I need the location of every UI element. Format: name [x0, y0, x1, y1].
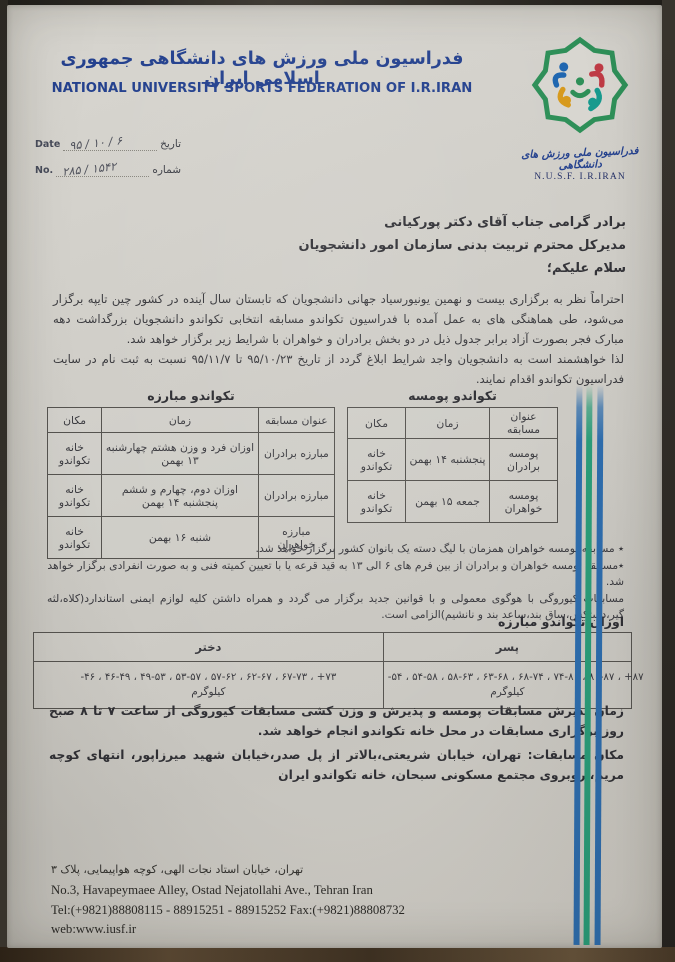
venue-paragraph: مکان مسابقات: تهران، خیابان شریعتی،بالات… — [49, 746, 624, 785]
table-header-row: عنوان مسابقه زمان مکان — [348, 408, 558, 439]
stripe-green-middle — [584, 385, 593, 945]
table-cell: خانه تکواندو — [348, 481, 406, 523]
letter-paper: فدراسیون ملی ورزش های دانشگاهی جمهوری اس… — [7, 5, 662, 948]
logo-caption-fa: فدراسیون ملی ورزش های دانشگاهی — [504, 144, 657, 173]
eight-point-star-icon — [509, 29, 651, 141]
salutation-line-1: برادر گرامی جناب آقای دکتر پورکیانی — [299, 211, 626, 234]
weights-table: پسر دختر -۵۴ ، ۵۴-۵۸ ، ۵۸-۶۳ ، ۶۳-۶۸ ، ۶… — [33, 632, 632, 709]
table-header-cell: زمان — [102, 408, 259, 433]
notes-block: ٭ مسابقه پومسه خواهران همزمان با لیگ دست… — [47, 541, 624, 624]
number-row: No. ۲۸۵ / ۱۵۴۲ شماره — [35, 155, 181, 177]
girls-weight-classes: -۴۶ ، ۴۶-۴۹ ، ۴۹-۵۳ ، ۵۳-۵۷ ، ۵۷-۶۲ ، ۶۲… — [38, 672, 379, 683]
table-header-cell: مکان — [348, 408, 406, 439]
number-dotted-line: ۲۸۵ / ۱۵۴۲ — [56, 163, 149, 177]
note-1: ٭ مسابقه پومسه خواهران همزمان با لیگ دست… — [47, 541, 624, 558]
date-number-block: Date ۹۵ / ۱۰ / ۶ تاریخ No. ۲۸۵ / ۱۵۴۲ شم… — [35, 129, 181, 181]
body-paragraph-2: لذا خواهشمند است به دانشجویان واجد شرایط… — [53, 349, 624, 389]
nusf-logo: فدراسیون ملی ورزش های دانشگاهی N.U.S.F. … — [504, 29, 656, 182]
date-label-fa: تاریخ — [160, 138, 181, 151]
table-cell: جمعه ۱۵ بهمن — [406, 481, 490, 523]
poomsae-table-title: تکواندو پومسه — [408, 388, 497, 403]
mobareze-table-block: تکواندو مبارزه عنوان مسابقه زمان مکان مب… — [47, 388, 335, 559]
footer-address-fa: تهران، خیابان استاد نجات الهی، کوچه هواپ… — [51, 863, 303, 876]
table-header-cell: دختر — [34, 633, 384, 662]
body-paragraph-1: احتراماً نظر به برگزاری بیست و نهمین یون… — [53, 289, 624, 349]
table-row: پومسه برادران پنجشنبه ۱۴ بهمن خانه تکوان… — [348, 439, 558, 481]
table-header-cell: زمان — [406, 408, 490, 439]
mobareze-table-title: تکواندو مبارزه — [147, 388, 234, 403]
table-cell: مبارزه برادران — [258, 475, 334, 517]
table-cell: مبارزه برادران — [258, 433, 334, 475]
footer-address-en: No.3, Havapeymaee Alley, Ostad Nejatolla… — [51, 881, 405, 901]
date-row: Date ۹۵ / ۱۰ / ۶ تاریخ — [35, 129, 181, 151]
table-cell: اوزان دوم، چهارم و ششم پنجشنبه ۱۴ بهمن — [102, 475, 259, 517]
schedule-tables: تکواندو پومسه عنوان مسابقه زمان مکان پوم… — [47, 388, 558, 559]
table-row: مبارزه برادران اوزان دوم، چهارم و ششم پن… — [48, 475, 335, 517]
registration-time-paragraph: زمان پذیرش مسابقات پومسه و پذیرش و وزن ک… — [49, 702, 624, 741]
side-stripes-decoration — [574, 385, 607, 945]
stripe-blue-left — [574, 385, 583, 945]
number-handwritten-value: ۲۸۵ / ۱۵۴۲ — [62, 159, 118, 179]
footer-website: web:www.iusf.ir — [51, 920, 405, 940]
salutation-line-2: مدیرکل محترم تربیت بدنی سازمان امور دانش… — [299, 234, 626, 257]
number-label-en: No. — [35, 165, 53, 177]
scanned-letter-photo: فدراسیون ملی ورزش های دانشگاهی جمهوری اس… — [0, 0, 675, 962]
footer-block: تهران، خیابان استاد نجات الهی، کوچه هواپ… — [51, 858, 405, 940]
body-paragraphs: احتراماً نظر به برگزاری بیست و نهمین یون… — [53, 289, 624, 389]
table-cell: اوزان فرد و وزن هشتم چهارشنبه ۱۳ بهمن — [102, 433, 259, 475]
letter-content: فدراسیون ملی ورزش های دانشگاهی جمهوری اس… — [7, 5, 662, 948]
table-row: پومسه خواهران جمعه ۱۵ بهمن خانه تکواندو — [348, 481, 558, 523]
logo-caption-en: N.U.S.F. I.R.IRAN — [504, 172, 656, 182]
date-handwritten-value: ۹۵ / ۱۰ / ۶ — [69, 133, 123, 152]
salutation-line-3: سلام علیکم؛ — [299, 257, 626, 280]
table-cell: پومسه خواهران — [490, 481, 558, 523]
photo-border-right — [662, 0, 675, 962]
table-cell: خانه تکواندو — [48, 475, 102, 517]
table-header-cell: عنوان مسابقه — [490, 408, 558, 439]
salutation-block: برادر گرامی جناب آقای دکتر پورکیانی مدیر… — [299, 211, 626, 280]
number-label-fa: شماره — [152, 164, 181, 177]
girls-weight-unit: کیلوگرم — [38, 686, 379, 698]
table-cell: پنجشنبه ۱۴ بهمن — [406, 439, 490, 481]
table-row: مبارزه برادران اوزان فرد و وزن هشتم چهار… — [48, 433, 335, 475]
footer-tel-fax: Tel:(+9821)88808115 - 88915251 - 8891525… — [51, 901, 405, 921]
table-cell: خانه تکواندو — [48, 433, 102, 475]
note-2: ٭مسابقه پومسه خواهران و برادران از بین ف… — [47, 558, 624, 591]
table-header-cell: عنوان مسابقه — [258, 408, 334, 433]
table-cell: پومسه برادران — [490, 439, 558, 481]
date-label-en: Date — [35, 139, 60, 151]
stripe-blue-right — [595, 385, 604, 945]
poomsae-table-block: تکواندو پومسه عنوان مسابقه زمان مکان پوم… — [347, 388, 558, 559]
table-header-row: عنوان مسابقه زمان مکان — [48, 408, 335, 433]
mobareze-table: عنوان مسابقه زمان مکان مبارزه برادران او… — [47, 407, 335, 559]
table-cell: خانه تکواندو — [348, 439, 406, 481]
table-header-row: پسر دختر — [34, 633, 632, 662]
table-surface-edge — [0, 947, 675, 962]
date-dotted-line: ۹۵ / ۱۰ / ۶ — [63, 137, 157, 151]
federation-title-en: NATIONAL UNIVERSITY SPORTS FEDERATION OF… — [23, 81, 501, 96]
poomsae-table: عنوان مسابقه زمان مکان پومسه برادران پنج… — [347, 407, 558, 523]
table-header-cell: مکان — [48, 408, 102, 433]
